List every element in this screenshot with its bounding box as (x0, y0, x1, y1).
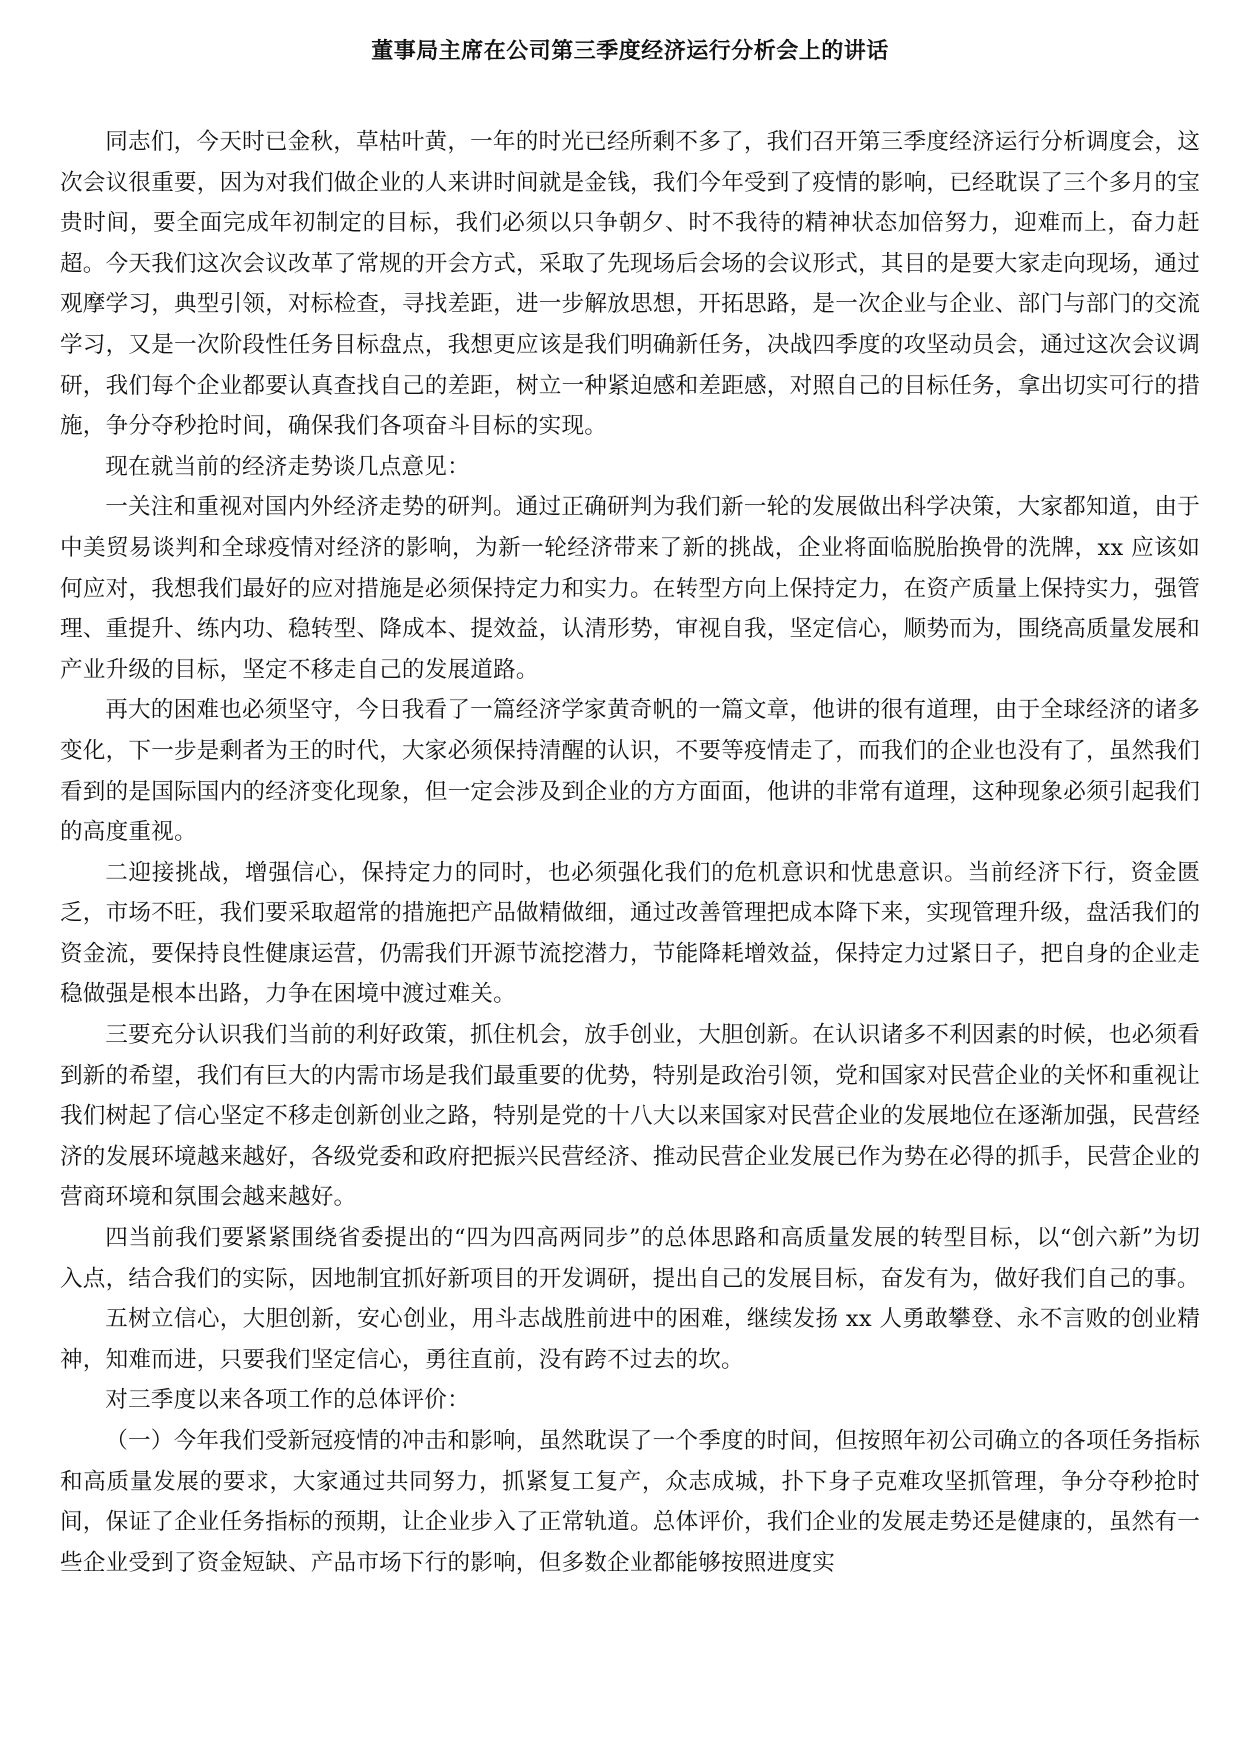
paragraph-opening: 同志们，今天时已金秋，草枯叶黄，一年的时光已经所剩不多了，我们召开第三季度经济运… (60, 122, 1200, 447)
paragraph-point-one: 一关注和重视对国内外经济走势的研判。通过正确研判为我们新一轮的发展做出科学决策，… (60, 487, 1200, 690)
document-title: 董事局主席在公司第三季度经济运行分析会上的讲话 (60, 36, 1200, 68)
document-body: 同志们，今天时已金秋，草枯叶黄，一年的时光已经所剩不多了，我们召开第三季度经济运… (60, 122, 1200, 1583)
paragraph-intro-opinions: 现在就当前的经济走势谈几点意见： (60, 447, 1200, 488)
paragraph-point-four: 四当前我们要紧紧围绕省委提出的“四为四高两同步”的总体思路和高质量发展的转型目标… (60, 1218, 1200, 1299)
paragraph-evaluation-one: （一）今年我们受新冠疫情的冲击和影响，虽然耽误了一个季度的时间，但按照年初公司确… (60, 1421, 1200, 1583)
paragraph-point-five: 五树立信心，大胆创新，安心创业，用斗志战胜前进中的困难，继续发扬 xx 人勇敢攀… (60, 1299, 1200, 1380)
document-page: 董事局主席在公司第三季度经济运行分析会上的讲话 同志们，今天时已金秋，草枯叶黄，… (60, 36, 1200, 1583)
paragraph-evaluation-heading: 对三季度以来各项工作的总体评价： (60, 1380, 1200, 1421)
paragraph-point-three: 三要充分认识我们当前的利好政策，抓住机会，放手创业，大胆创新。在认识诸多不利因素… (60, 1015, 1200, 1218)
paragraph-persist: 再大的困难也必须坚守，今日我看了一篇经济学家黄奇帆的一篇文章，他讲的很有道理，由… (60, 690, 1200, 852)
paragraph-point-two: 二迎接挑战，增强信心，保持定力的同时，也必须强化我们的危机意识和忧患意识。当前经… (60, 853, 1200, 1015)
